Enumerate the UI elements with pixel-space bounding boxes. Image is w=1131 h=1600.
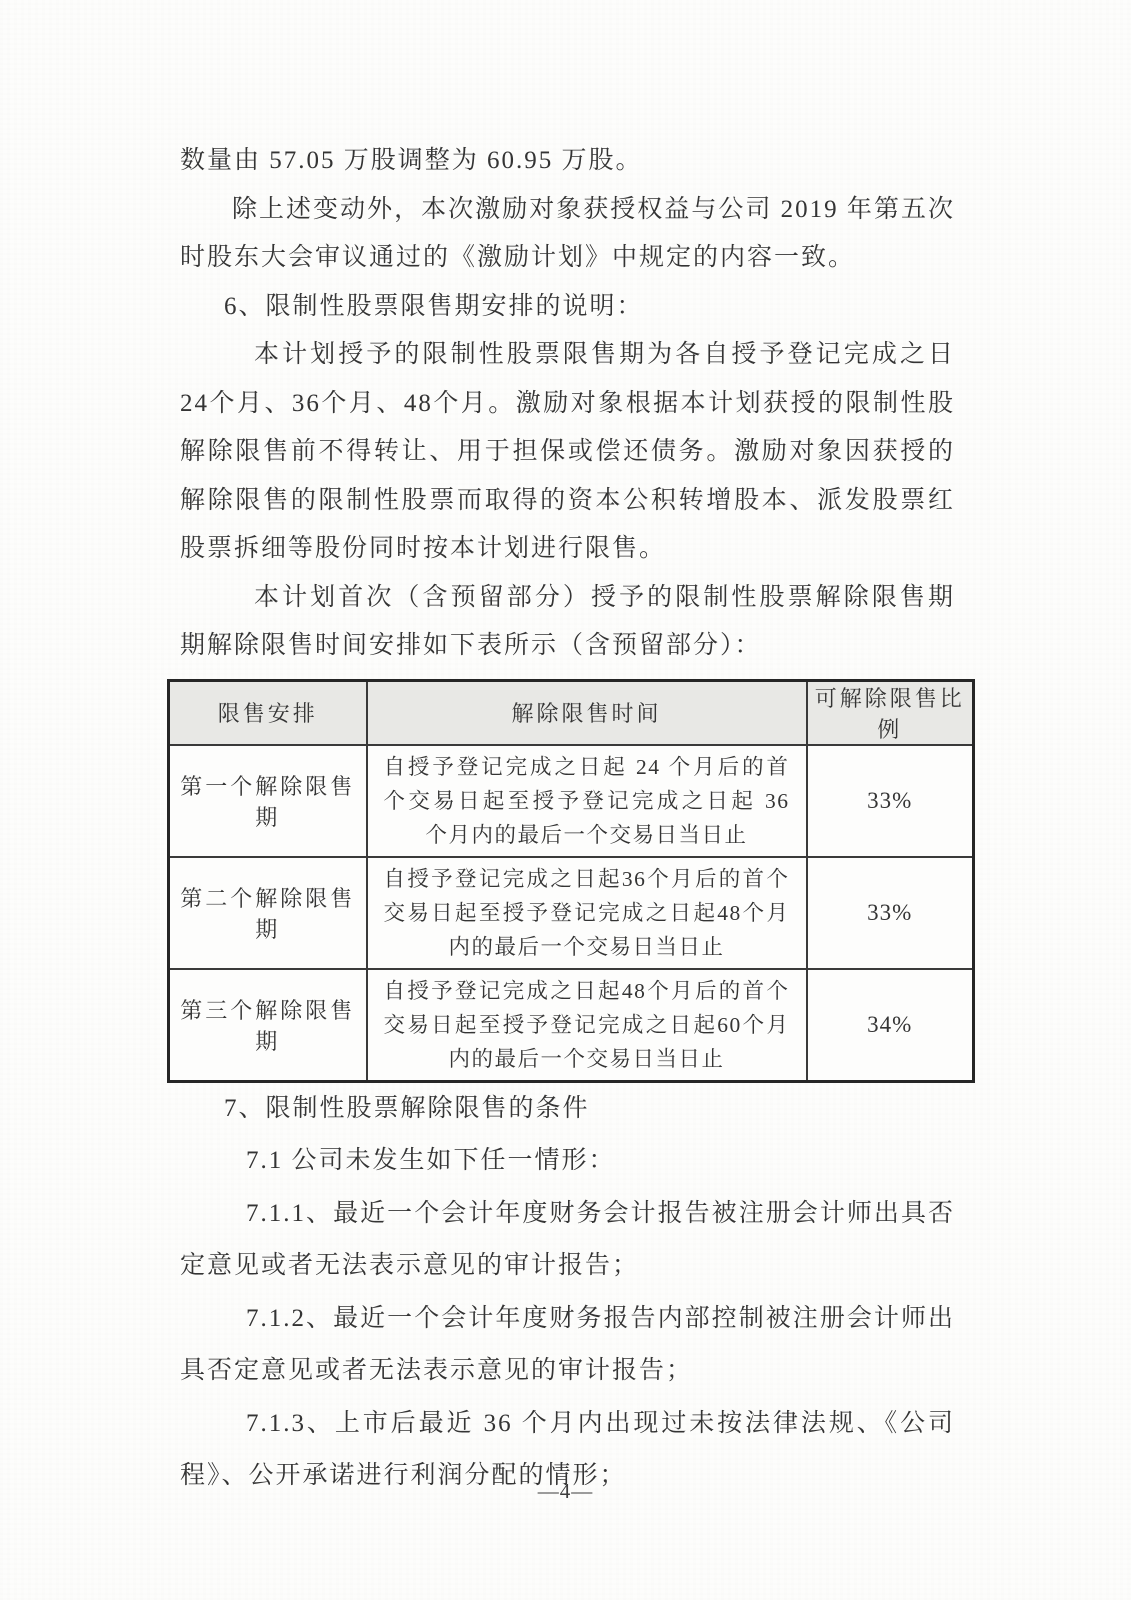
cell-arrangement: 第二个解除限售期 [169,857,367,969]
table-header-row: 限售安排 解除限售时间 可解除限售比例 [169,680,974,745]
cell-ratio: 34% [807,969,974,1082]
text-line: 期解除限售时间安排如下表所示（含预留部分）： [180,622,955,671]
page-number: —4— [0,1479,1131,1504]
cell-time: 自授予登记完成之日起 24 个月后的首个交易日起至授予登记完成之日起 36 个月… [367,745,807,857]
header-cell-time: 解除限售时间 [367,680,807,745]
section-heading: 6、限制性股票限售期安排的说明： [180,283,955,332]
text-line: 解除限售的限制性股票而取得的资本公积转增股本、派发股票红利、 [180,477,955,526]
cell-time: 自授予登记完成之日起48个月后的首个交易日起至授予登记完成之日起60个月内的最后… [367,969,807,1082]
text-line: 24个月、36个月、48个月。激励对象根据本计划获授的限制性股票在 [180,380,955,429]
cell-ratio: 33% [807,745,974,857]
upper-text-block: 数量由 57.05 万股调整为 60.95 万股。 除上述变动外，本次激励对象获… [180,137,955,671]
text-line: 股票拆细等股份同时按本计划进行限售。 [180,525,955,574]
text-line: 7.1.1、最近一个会计年度财务会计报告被注册会计师出具否 [180,1188,955,1241]
section-heading: 7、限制性股票解除限售的条件 [180,1083,955,1136]
text-line: 7.1.3、上市后最近 36 个月内出现过未按法律法规、《公司章 [180,1398,955,1451]
header-cell-arrangement: 限售安排 [169,680,367,745]
text-line: 定意见或者无法表示意见的审计报告； [180,1240,955,1293]
text-line: 7.1 公司未发生如下任一情形： [180,1135,955,1188]
cell-arrangement: 第一个解除限售期 [169,745,367,857]
cell-arrangement: 第三个解除限售期 [169,969,367,1082]
lower-text-block: 7、限制性股票解除限售的条件 7.1 公司未发生如下任一情形： 7.1.1、最近… [180,1083,955,1503]
text-line: 本计划首次（含预留部分）授予的限制性股票解除限售期及各 [180,574,955,623]
header-cell-ratio: 可解除限售比例 [807,680,974,745]
text-line: 7.1.2、最近一个会计年度财务报告内部控制被注册会计师出 [180,1293,955,1346]
text-line: 时股东大会审议通过的《激励计划》中规定的内容一致。 [180,234,955,283]
text-line: 本计划授予的限制性股票限售期为各自授予登记完成之日起 [180,331,955,380]
document-body: 数量由 57.05 万股调整为 60.95 万股。 除上述变动外，本次激励对象获… [180,137,955,1503]
table-row: 第一个解除限售期 自授予登记完成之日起 24 个月后的首个交易日起至授予登记完成… [169,745,974,857]
table-row: 第三个解除限售期 自授予登记完成之日起48个月后的首个交易日起至授予登记完成之日… [169,969,974,1082]
text-line: 除上述变动外，本次激励对象获授权益与公司 2019 年第五次临 [180,186,955,235]
text-line: 具否定意见或者无法表示意见的审计报告； [180,1345,955,1398]
table-row: 第二个解除限售期 自授予登记完成之日起36个月后的首个交易日起至授予登记完成之日… [169,857,974,969]
cell-time: 自授予登记完成之日起36个月后的首个交易日起至授予登记完成之日起48个月内的最后… [367,857,807,969]
text-line: 解除限售前不得转让、用于担保或偿还债务。激励对象因获授的尚未 [180,428,955,477]
text-line: 数量由 57.05 万股调整为 60.95 万股。 [180,137,955,186]
cell-ratio: 33% [807,857,974,969]
release-schedule-table: 限售安排 解除限售时间 可解除限售比例 第一个解除限售期 自授予登记完成之日起 … [167,679,975,1083]
